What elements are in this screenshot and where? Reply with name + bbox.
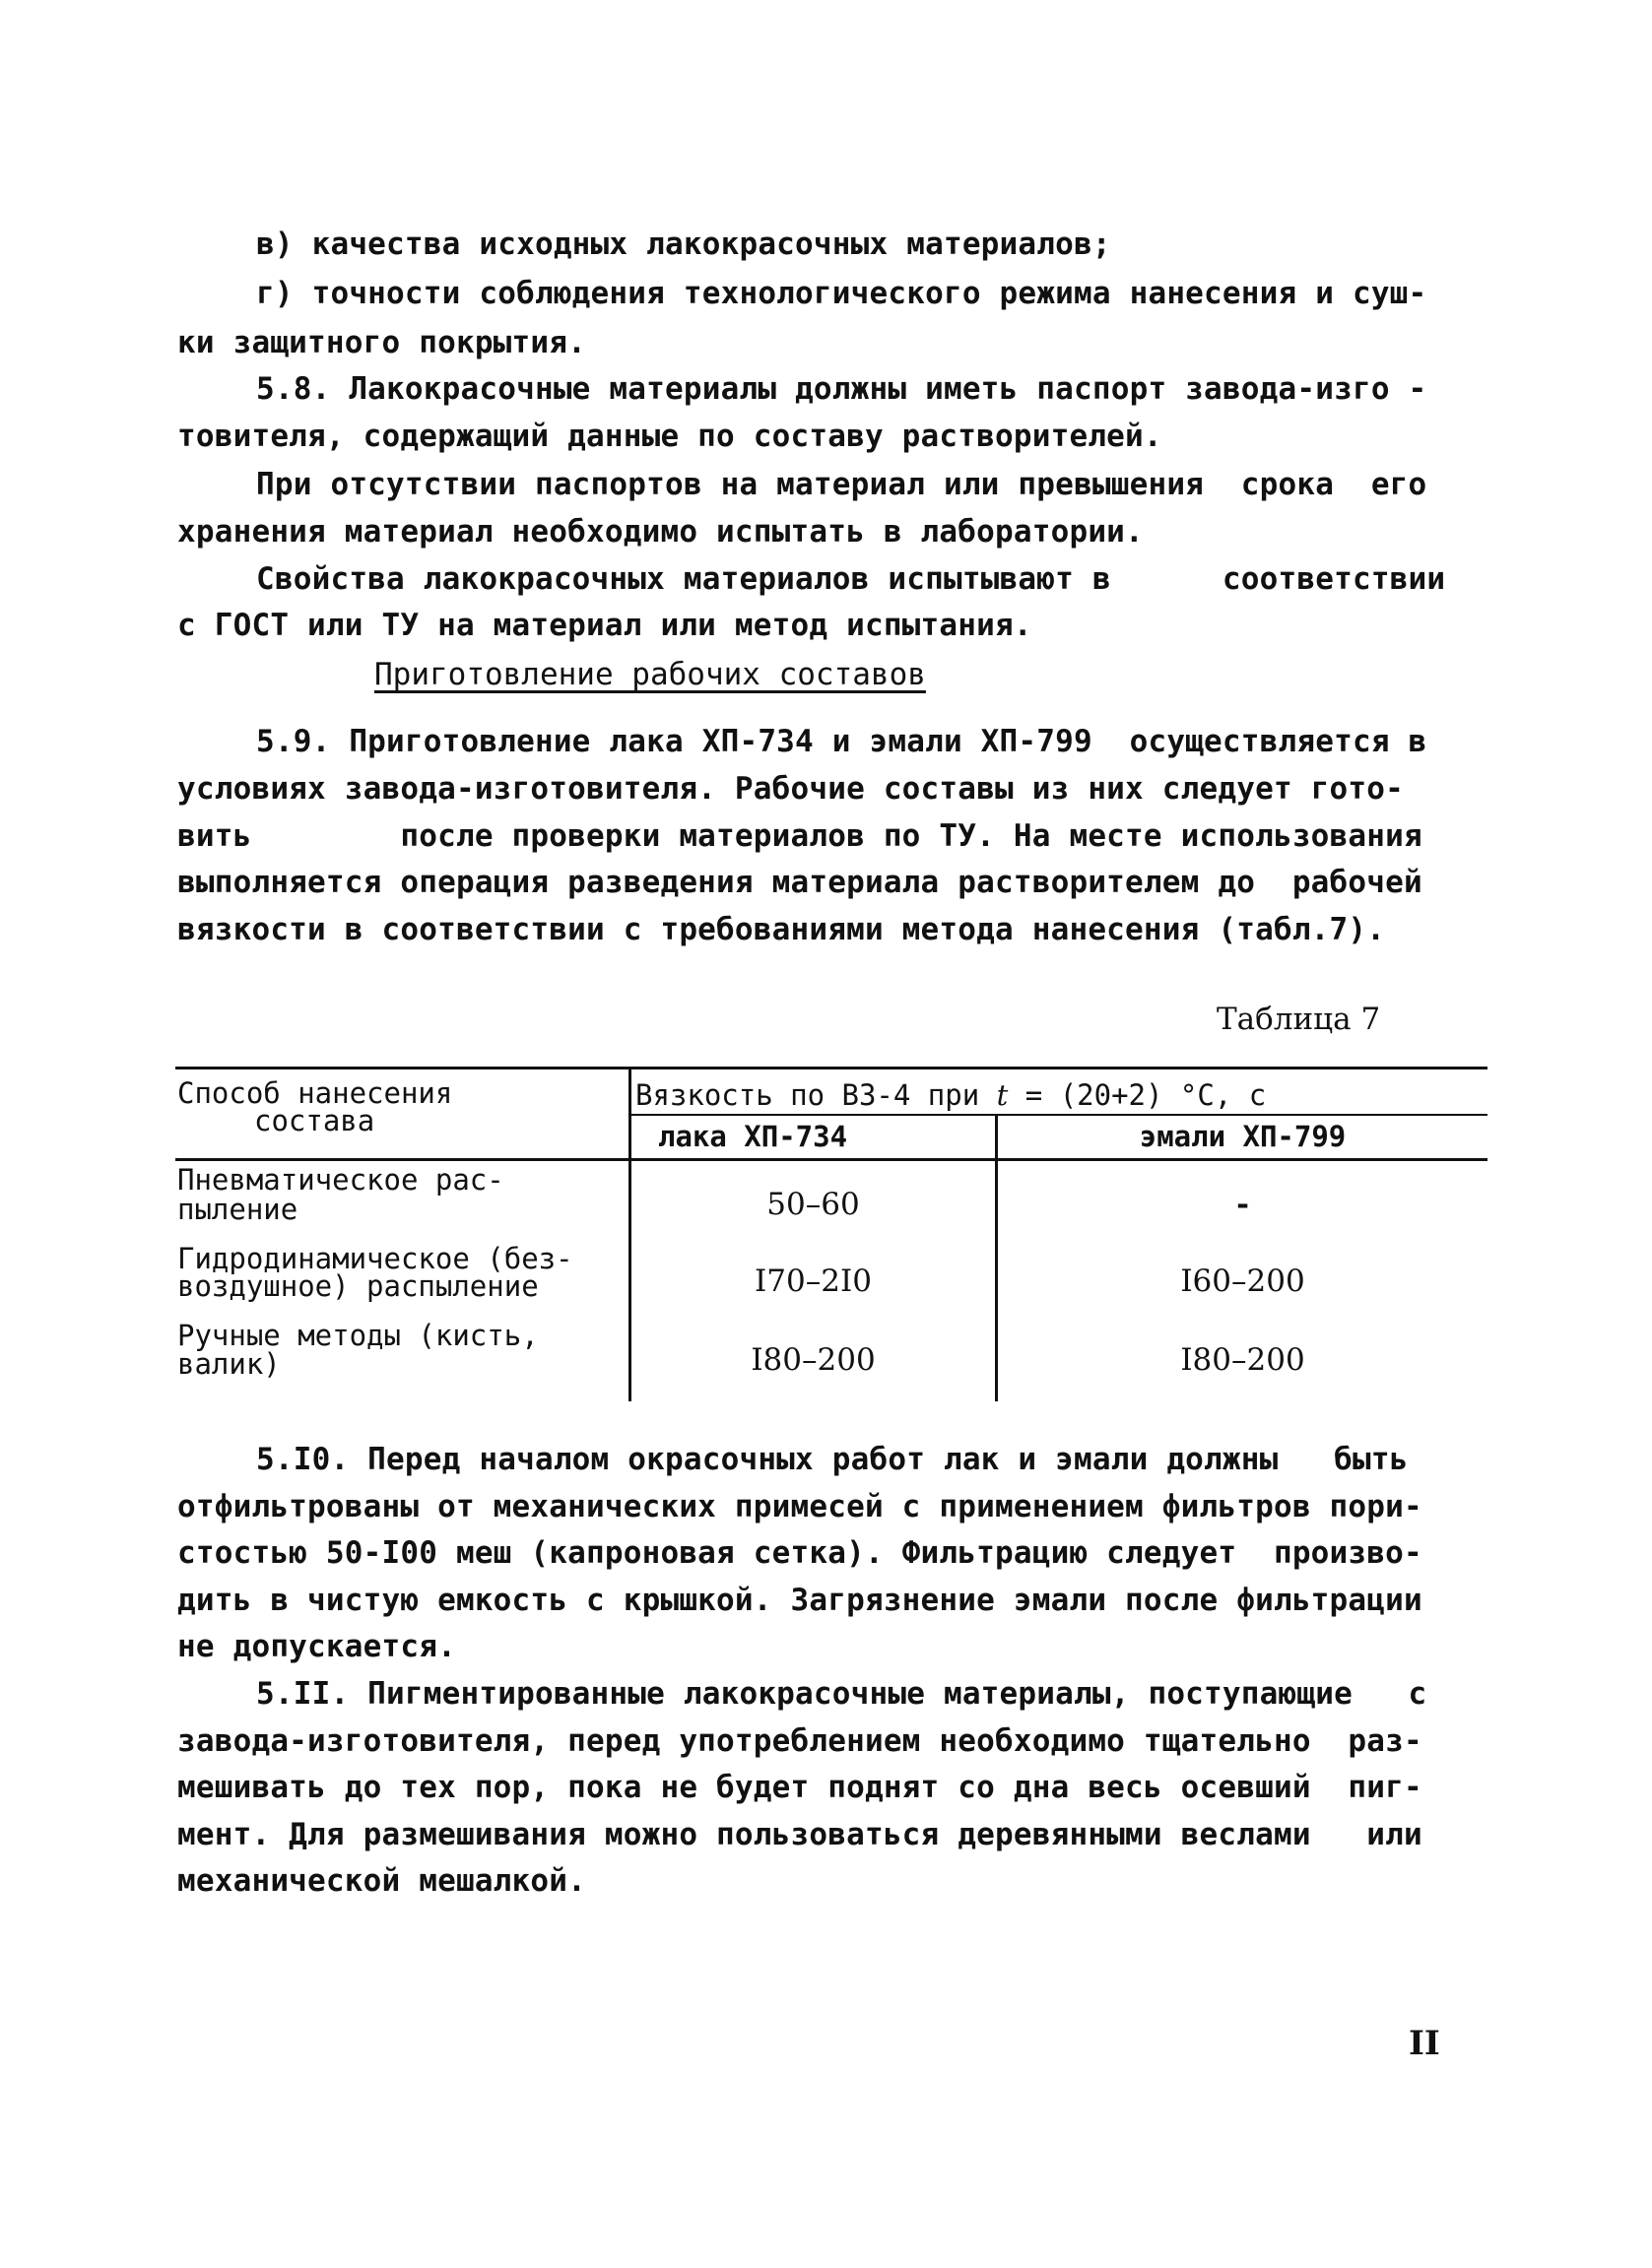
paragraph-5-10-line-1: 5.I0. Перед началом окрасочных работ лак…	[256, 1440, 1487, 1479]
list-item-g-line-1: г) точности соблюдения технологического …	[256, 274, 1487, 313]
table-caption: Таблица 7	[1217, 1000, 1380, 1039]
row-1-enamel: -	[998, 1190, 1487, 1219]
subheader-enamel: эмали ХП-799	[998, 1122, 1487, 1151]
row-3-method-line-2: валик)	[177, 1349, 281, 1379]
header-method-line-2: состава	[254, 1106, 374, 1135]
row-3-method-line-1: Ручные методы (кисть,	[177, 1321, 539, 1350]
paragraph-5-8-line-2: товителя, содержащий данные по составу р…	[177, 417, 1487, 456]
paragraph-5-11-line-4: мент. Для размешивания можно пользоватьс…	[177, 1815, 1487, 1854]
paragraph-5-10-line-3: стостью 50-I00 меш (капроновая сетка). Ф…	[177, 1533, 1487, 1573]
header-viscosity-prefix: Вязкость по ВЗ-4 при	[635, 1078, 997, 1112]
row-1-method-line-1: Пневматическое рас-	[177, 1165, 504, 1195]
row-2-lacquer: I70–2I0	[631, 1266, 995, 1296]
paragraph-properties-line-1: Свойства лакокрасочных материалов испыты…	[256, 559, 1487, 599]
header-viscosity-suffix: = (20+2) °С, с	[1008, 1078, 1266, 1112]
subheader-lacquer: лака ХП-734	[658, 1122, 847, 1151]
paragraph-5-10-line-5: не допускается.	[177, 1627, 1487, 1666]
row-1-method-line-2: пыление	[177, 1195, 297, 1224]
paragraph-5-8-line-1: 5.8. Лакокрасочные материалы должны имет…	[256, 369, 1487, 409]
paragraph-5-11-line-5: механической мешалкой.	[177, 1861, 1487, 1901]
paragraph-properties-line-2: с ГОСТ или ТУ на материал или метод испы…	[177, 606, 1487, 645]
row-2-method-line-2: воздушное) распыление	[177, 1271, 539, 1301]
table-subheader-divider	[630, 1114, 1487, 1116]
row-3-lacquer: I80–200	[631, 1345, 995, 1375]
paragraph-5-11-line-2: завода-изготовителя, перед употреблением…	[177, 1721, 1487, 1761]
document-page: в) качества исходных лакокрасочных матер…	[0, 0, 1652, 2268]
paragraph-passports-line-1: При отсутствии паспортов на материал или…	[256, 465, 1487, 504]
header-viscosity-var: t	[997, 1078, 1009, 1112]
paragraph-5-10-line-4: дить в чистую емкость с крышкой. Загрязн…	[177, 1581, 1487, 1620]
viscosity-table: Способ нанесения состава Вязкость по ВЗ-…	[175, 1067, 1487, 1401]
row-2-enamel: I60–200	[998, 1266, 1487, 1296]
row-3-enamel: I80–200	[998, 1345, 1487, 1375]
table-top-border	[175, 1067, 1487, 1069]
paragraph-5-10-line-2: отфильтрованы от механических примесей с…	[177, 1487, 1487, 1526]
paragraph-5-11-line-1: 5.II. Пигментированные лакокрасочные мат…	[256, 1674, 1487, 1714]
row-1-lacquer: 50–60	[631, 1190, 995, 1219]
header-viscosity: Вязкость по ВЗ-4 при t = (20+2) °С, с	[635, 1080, 1266, 1110]
paragraph-5-9-line-5: вязкости в соответствии с требованиями м…	[177, 910, 1487, 949]
paragraph-passports-line-2: хранения материал необходимо испытать в …	[177, 512, 1487, 551]
table-header-bottom-border	[175, 1158, 1487, 1161]
section-heading: Приготовление рабочих составов	[374, 655, 926, 694]
list-item-g-line-2: ки защитного покрытия.	[177, 323, 1487, 362]
paragraph-5-9-line-3: вить после проверки материалов по ТУ. На…	[177, 816, 1487, 856]
paragraph-5-9-line-2: условиях завода-изготовителя. Рабочие со…	[177, 769, 1487, 809]
paragraph-5-11-line-3: мешивать до тех пор, пока не будет подня…	[177, 1768, 1487, 1807]
page-number: II	[1409, 2024, 1440, 2063]
paragraph-5-9-line-1: 5.9. Приготовление лака ХП-734 и эмали Х…	[256, 722, 1487, 761]
paragraph-5-9-line-4: выполняется операция разведения материал…	[177, 863, 1487, 902]
list-item-v: в) качества исходных лакокрасочных матер…	[256, 225, 1487, 264]
